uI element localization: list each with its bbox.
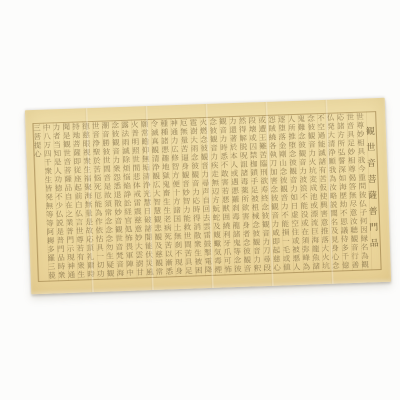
photo-background: 観世音菩薩普門品 世尊妙相具我今重問彼仏子何因縁名為観世音具足妙相尊偈答無尽意汝… <box>0 0 400 400</box>
text-frame: 観世音菩薩普門品 世尊妙相具我今重問彼仏子何因縁名為観世音具足妙相尊偈答無尽意汝… <box>32 111 381 282</box>
sutra-text-columns: 観世音菩薩普門品 世尊妙相具我今重問彼仏子何因縁名為観世音具足妙相尊偈答無尽意汝… <box>33 112 380 281</box>
sutra-sheet: 観世音菩薩普門品 世尊妙相具我今重問彼仏子何因縁名為観世音具足妙相尊偈答無尽意汝… <box>25 98 391 294</box>
fold-creases <box>25 98 385 111</box>
